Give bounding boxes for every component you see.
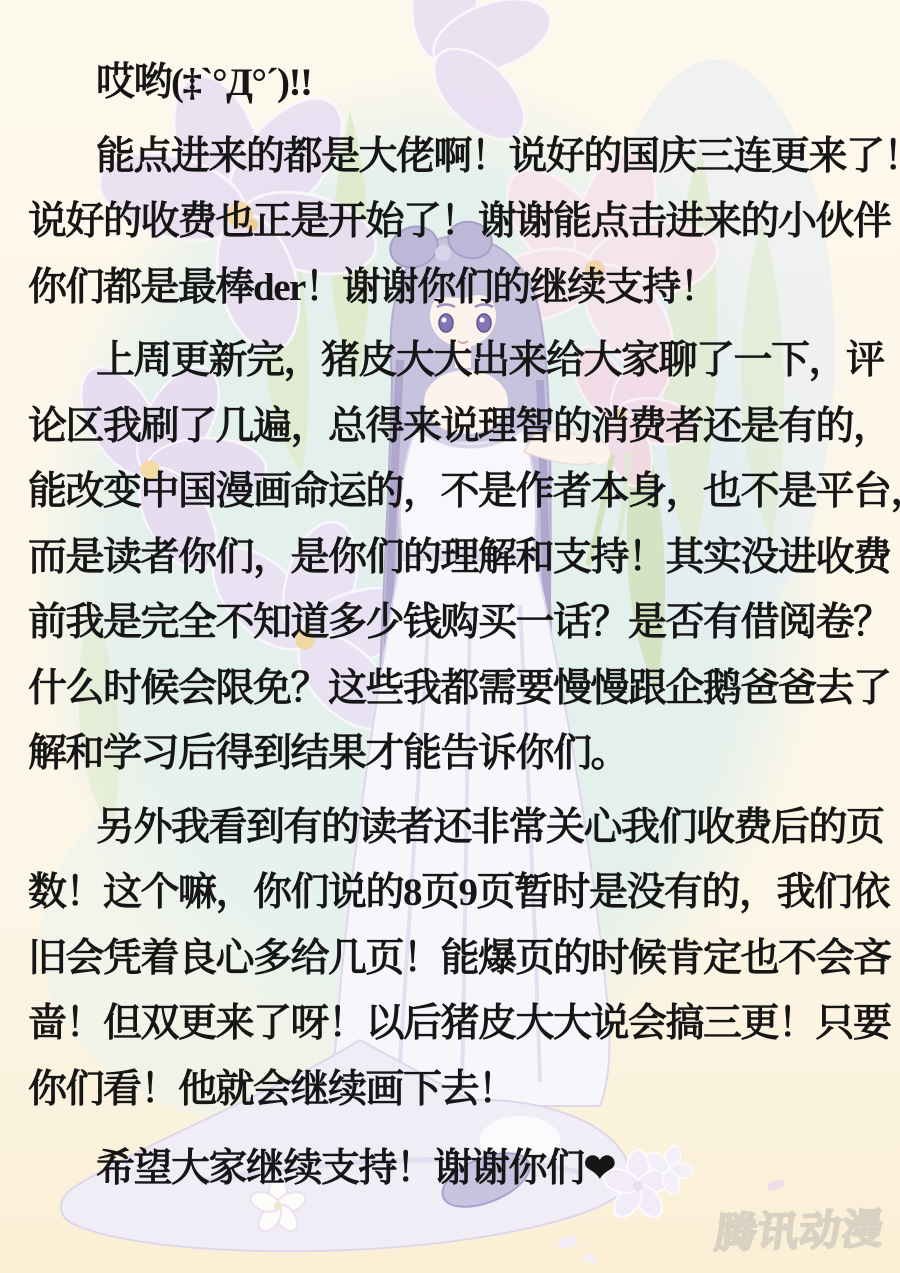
afterword-page: 哎哟(‡`°Д°´)!!能点进来的都是大佬啊！说好的国庆三连更来了！说好的收费也…	[0, 0, 900, 1273]
text-line: 啬！但双更来了呀！以后猪皮大大说会搞三更！只要	[28, 991, 876, 1057]
text-line: 你们看！他就会继续画下去！	[28, 1057, 876, 1123]
text-line: 能改变中国漫画命运的，不是作者本身，也不是平台，	[28, 459, 876, 525]
text-line: 旧会凭着良心多给几页！能爆页的时候肯定也不会吝	[28, 926, 876, 992]
text-line: 解和学习后得到结果才能告诉你们。	[28, 721, 876, 787]
text-line: 数！这个嘛，你们说的8页9页暂时是没有的，我们依	[28, 860, 876, 926]
text-line: 上周更新完，猪皮大大出来给大家聊了一下，评	[28, 328, 876, 394]
text-line: 说好的收费也正是开始了！谢谢能点击进来的小伙伴	[28, 189, 876, 255]
note-text: 哎哟(‡`°Д°´)!!能点进来的都是大佬啊！说好的国庆三连更来了！说好的收费也…	[28, 50, 876, 1202]
text-line: 希望大家继续支持！谢谢你们❤	[28, 1136, 876, 1202]
text-line: 什么时候会限免？这些我都需要慢慢跟企鹅爸爸去了	[28, 656, 876, 722]
text-line: 论区我刷了几遍，总得来说理智的消费者还是有的，	[28, 394, 876, 460]
text-line: 另外我看到有的读者还非常关心我们收费后的页	[28, 795, 876, 861]
text-line: 能点进来的都是大佬啊！说好的国庆三连更来了！	[28, 124, 876, 190]
text-line: 前我是完全不知道多少钱购买一话？是否有借阅卷？	[28, 590, 876, 656]
tencent-comics-watermark: 腾讯动漫	[712, 1196, 887, 1259]
text-line: 而是读者你们，是你们的理解和支持！其实没进收费	[28, 525, 876, 591]
text-line: 你们都是最棒der！谢谢你们的继续支持！	[28, 255, 876, 321]
text-line: 哎哟(‡`°Д°´)!!	[28, 50, 876, 116]
